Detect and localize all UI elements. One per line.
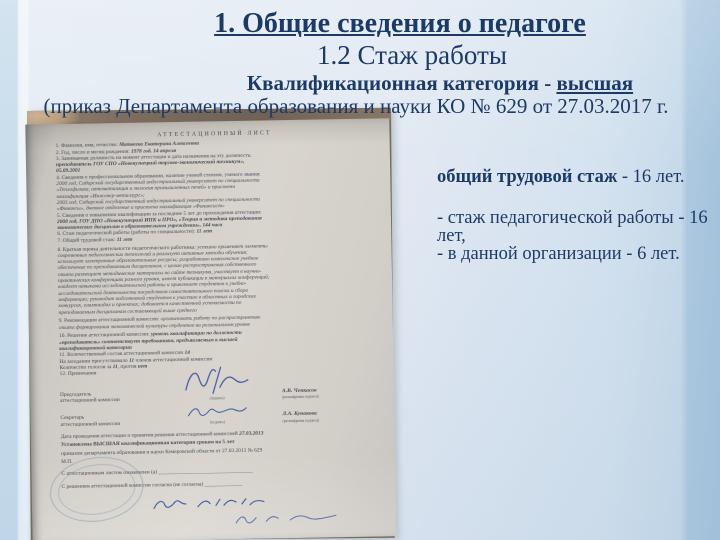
experience-total-label: общий трудовой стаж: [437, 167, 617, 187]
chairman-signature-row: Председатель аттестационной комиссии (по…: [60, 379, 378, 405]
chairman-label-line2: аттестационной комиссии: [60, 397, 152, 405]
attestation-document-photo: АТТЕСТАЦИОННЫЙ ЛИСТ1. Фамилия, имя, отче…: [27, 108, 395, 540]
chairman-name-caption: (расшифровка подписи): [282, 393, 378, 401]
slide-background: 1. Общие сведения о педагоге 1.2 Стаж ра…: [0, 0, 720, 540]
secretary-signature-area: (подпись): [152, 408, 282, 427]
secretary-signature-stroke: [185, 403, 249, 420]
qualification-label: Квалификационная категория -: [247, 71, 557, 95]
secretary-signature-row: Секретарь аттестационной комиссии (подпи…: [60, 406, 378, 428]
secretary-label-line2: аттестационной комиссии: [60, 420, 152, 428]
document-paper: АТТЕСТАЦИОННЫЙ ЛИСТ1. Фамилия, имя, отче…: [25, 118, 396, 540]
qualification-line: Квалификационная категория - высшая: [80, 72, 720, 95]
chairman-label: Председатель аттестационной комиссии: [60, 391, 152, 405]
chairman-signature-stroke: [180, 365, 255, 396]
page-title: 1. Общие сведения о педагоге: [40, 8, 720, 40]
slide-header: 1. Общие сведения о педагоге 1.2 Стаж ра…: [0, 8, 720, 117]
chairman-signature-area: (подпись): [152, 381, 282, 404]
acknowledgement-signature-stroke: [150, 494, 270, 512]
secretary-label: Секретарь аттестационной комиссии: [60, 414, 152, 428]
chairman-name-block: А.В. Чепкасов (расшифровка подписи): [282, 387, 378, 401]
chairman-sign-caption: (подпись): [152, 395, 282, 404]
secretary-name-block: Л.А. Кунакова (расшифровка подписи): [282, 410, 378, 424]
agreement-signature-stroke: [232, 511, 342, 527]
experience-total: общий трудовой стаж - 16 лет.: [437, 168, 717, 186]
experience-organization: - в данной организации - 6 лет.: [437, 245, 717, 263]
order-line: (приказ Департамента образования и науки…: [0, 95, 716, 117]
document-body: АТТЕСТАЦИОННЫЙ ЛИСТ1. Фамилия, имя, отче…: [55, 129, 377, 378]
page-title-text: 1. Общие сведения о педагоге: [214, 8, 586, 39]
experience-summary: общий трудовой стаж - 16 лет. - стаж пед…: [437, 168, 717, 263]
page-subtitle: 1.2 Стаж работы: [52, 40, 720, 70]
experience-pedagogical: - стаж педагогической работы - 16 лет,: [437, 209, 717, 245]
round-stamp-inner-ring: [54, 459, 139, 521]
experience-total-value: - 16 лет.: [617, 167, 684, 187]
secretary-sign-caption: (подпись): [152, 418, 282, 427]
qualification-value: высшая: [556, 71, 633, 95]
secretary-name-caption: (расшифровка подписи): [282, 416, 378, 424]
